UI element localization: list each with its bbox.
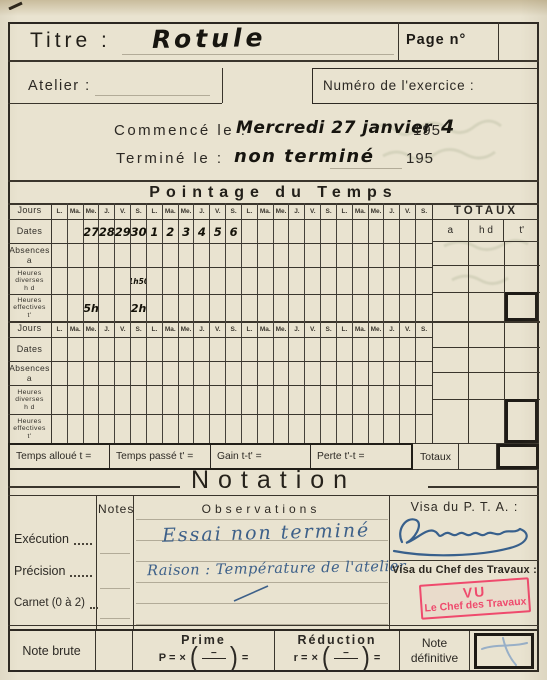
day-cell [337, 268, 353, 294]
notation-top-rule [8, 495, 539, 496]
day-cell [305, 415, 321, 443]
day-cell: L. [52, 203, 68, 219]
row-label: Heureseffectivest' [8, 415, 52, 443]
day-cell: 1 [147, 220, 163, 243]
day-cell [68, 338, 84, 361]
day-cell [258, 295, 274, 321]
day-cell [353, 295, 369, 321]
day-cell [289, 415, 305, 443]
pointage-row: Absencesa [8, 362, 432, 386]
reduction-formula: r = ×(−) = [275, 648, 399, 668]
day-cell: Me. [84, 203, 100, 219]
day-cell [242, 268, 258, 294]
day-cell: L. [242, 321, 258, 337]
day-cell [242, 415, 258, 443]
precision-row-label: Précision [14, 555, 94, 587]
day-cell: S. [416, 321, 432, 337]
day-cell [258, 338, 274, 361]
day-cell [210, 415, 226, 443]
notes-blank-line [100, 618, 130, 619]
day-cell [321, 268, 337, 294]
day-cell [131, 386, 147, 414]
pen-stroke [232, 583, 272, 603]
day-cell [242, 244, 258, 267]
day-cell [321, 338, 337, 361]
totaux-col-t: t' [503, 220, 539, 241]
day-cell [289, 386, 305, 414]
day-cell [369, 295, 385, 321]
day-cell: J. [289, 321, 305, 337]
day-cell [163, 415, 179, 443]
prime-formula: P = ×(−) = [133, 648, 274, 668]
termine-label: Terminé le : [116, 150, 224, 167]
day-cell [400, 244, 416, 267]
day-cell: S. [226, 321, 242, 337]
day-cell [84, 415, 100, 443]
day-cell: 4 [194, 220, 210, 243]
pencil-mark [477, 636, 531, 666]
day-cell [353, 244, 369, 267]
carnet-row-label: Carnet (0 à 2) [14, 587, 94, 619]
day-cell [416, 268, 432, 294]
day-cell: Ma. [163, 321, 179, 337]
row-label: Heuresdiversesh d [8, 268, 52, 294]
day-cell [258, 415, 274, 443]
day-cell [274, 295, 290, 321]
temps-alloue-cell: Temps alloué t = [10, 445, 110, 468]
day-cell [258, 362, 274, 385]
day-cell [99, 415, 115, 443]
day-cell [115, 386, 131, 414]
day-cell [384, 220, 400, 243]
day-cell [84, 338, 100, 361]
day-cell [68, 220, 84, 243]
day-cell [337, 338, 353, 361]
day-cell: S. [321, 203, 337, 219]
day-cell [131, 415, 147, 443]
day-cell [337, 386, 353, 414]
day-cell [321, 415, 337, 443]
scanned-timesheet-form: Titre : Rotule Page n° Atelier : Numéro … [0, 0, 547, 680]
day-cell [274, 338, 290, 361]
fraction-blank: − [334, 649, 358, 659]
day-cell [369, 220, 385, 243]
note-definitive-cell: Note définitive [400, 631, 470, 670]
row-label: Absencesa [8, 244, 52, 267]
day-cell [84, 268, 100, 294]
day-cell: V. [305, 203, 321, 219]
reduction-cell: Réduction r = ×(−) = [275, 631, 400, 670]
day-cell [210, 295, 226, 321]
day-cell [384, 338, 400, 361]
day-cell [131, 362, 147, 385]
day-cell [369, 362, 385, 385]
day-cell [416, 415, 432, 443]
day-cell [52, 386, 68, 414]
day-cell [99, 295, 115, 321]
totaux-grid-line [433, 347, 540, 348]
commence-year-handwritten: 4 [441, 116, 454, 138]
gain-cell: Gain t-t' = [211, 445, 311, 468]
day-cell [416, 244, 432, 267]
day-cell [337, 244, 353, 267]
termine-blank-line [330, 168, 402, 169]
day-cell [163, 386, 179, 414]
numero-exercice-box: Numéro de l'exercice : [312, 68, 539, 104]
row-label: Jours [8, 203, 52, 219]
day-cell [147, 386, 163, 414]
fraction-blank: − [202, 649, 226, 659]
day-cell [163, 295, 179, 321]
day-cell [384, 386, 400, 414]
day-cell [52, 268, 68, 294]
day-cell [337, 295, 353, 321]
ruled-line [136, 603, 388, 604]
dotted-leader [90, 607, 98, 609]
reduction-label: Réduction [275, 633, 399, 647]
day-cell [99, 268, 115, 294]
row-label: Absencesa [8, 362, 52, 385]
title-side-rule [428, 486, 539, 488]
page-number-label: Page n° [406, 32, 466, 48]
final-grade-area [470, 631, 539, 670]
day-cell [305, 362, 321, 385]
prime-cell: Prime P = ×(−) = [133, 631, 275, 670]
day-cell [274, 268, 290, 294]
day-cell: L. [147, 203, 163, 219]
day-cell [179, 386, 195, 414]
day-cell: J. [194, 203, 210, 219]
totaux-highlight-box [505, 399, 538, 443]
day-cell: Me. [179, 203, 195, 219]
day-cell [416, 338, 432, 361]
day-cell [226, 338, 242, 361]
day-cell [115, 295, 131, 321]
day-cell: 6 [226, 220, 242, 243]
day-cell [400, 295, 416, 321]
day-cell: L. [52, 321, 68, 337]
day-cell [68, 244, 84, 267]
day-cell [289, 244, 305, 267]
day-cell: J. [194, 321, 210, 337]
commence-year-printed: 195 [413, 122, 441, 139]
day-cell [416, 362, 432, 385]
row-label: Heureseffectivest' [8, 295, 52, 321]
row-label: Dates [8, 338, 52, 361]
day-cell [274, 386, 290, 414]
day-cell [242, 295, 258, 321]
day-cell [194, 268, 210, 294]
day-cell [194, 386, 210, 414]
day-cell [400, 268, 416, 294]
notation-title: Notation [8, 466, 539, 495]
day-cell [68, 362, 84, 385]
day-cell [115, 338, 131, 361]
day-cell [68, 415, 84, 443]
day-cell [289, 362, 305, 385]
day-cell [163, 362, 179, 385]
day-cell [210, 244, 226, 267]
totaux-col-a: a [433, 220, 468, 241]
day-cell [321, 220, 337, 243]
title-side-rule [8, 486, 180, 488]
day-cell: 5 [210, 220, 226, 243]
day-cell [52, 220, 68, 243]
day-cell: Ma. [353, 321, 369, 337]
pointage-row: Dates [8, 338, 432, 362]
day-cell [163, 268, 179, 294]
day-cell [353, 386, 369, 414]
day-cell [68, 268, 84, 294]
day-cell: V. [210, 203, 226, 219]
day-cell [305, 338, 321, 361]
totaux-grid-line [433, 321, 540, 323]
day-cell: Me. [369, 321, 385, 337]
day-cell [369, 244, 385, 267]
day-cell [163, 338, 179, 361]
day-cell: J. [384, 321, 400, 337]
day-cell [289, 295, 305, 321]
day-cell [52, 362, 68, 385]
pointage-row: JoursL.Ma.Me.J.V.S.L.Ma.Me.J.V.S.L.Ma.Me… [8, 321, 432, 338]
day-cell [99, 338, 115, 361]
day-cell [147, 415, 163, 443]
day-cell [179, 338, 195, 361]
day-cell: V. [400, 203, 416, 219]
note-brute-cell: Note brute [8, 631, 96, 670]
day-cell [68, 386, 84, 414]
day-cell [210, 338, 226, 361]
day-cell [115, 268, 131, 294]
day-cell: J. [99, 203, 115, 219]
day-cell: Ma. [258, 203, 274, 219]
observations-header: Observations [133, 502, 389, 516]
day-cell [400, 338, 416, 361]
double-rule [8, 625, 539, 626]
day-cell [99, 244, 115, 267]
day-cell: 30 [131, 220, 147, 243]
day-cell [84, 244, 100, 267]
day-cell [353, 220, 369, 243]
pointage-week-block-1: JoursL.Ma.Me.J.V.S.L.Ma.Me.J.V.S.L.Ma.Me… [8, 203, 432, 321]
day-cell [52, 338, 68, 361]
day-cell [353, 415, 369, 443]
termine-handwritten-value: non terminé [234, 146, 374, 167]
notes-blank-line [100, 553, 130, 554]
row-label: Dates [8, 220, 52, 243]
day-cell [305, 386, 321, 414]
day-cell: 29 [115, 220, 131, 243]
day-cell: V. [115, 203, 131, 219]
header-rule [8, 60, 539, 62]
day-cell [369, 268, 385, 294]
totaux-title: TOTAUX [433, 203, 539, 220]
day-cell [115, 244, 131, 267]
day-cell [400, 386, 416, 414]
prime-label: Prime [133, 633, 274, 647]
day-cell: V. [115, 321, 131, 337]
day-cell [131, 338, 147, 361]
day-cell [179, 295, 195, 321]
day-cell [274, 220, 290, 243]
day-cell [194, 415, 210, 443]
note-strip: Note brute Prime P = ×(−) = Réduction r … [8, 629, 539, 670]
day-cell: Me. [274, 321, 290, 337]
day-cell: S. [226, 203, 242, 219]
titre-blank-line [122, 54, 394, 55]
totaux-grid-line [433, 372, 540, 373]
day-cell [258, 220, 274, 243]
day-cell [321, 362, 337, 385]
day-cell [52, 415, 68, 443]
day-cell [416, 220, 432, 243]
pointage-title: Pointage du Temps [8, 184, 539, 202]
day-cell: S. [321, 321, 337, 337]
day-cell: 1h50 [131, 268, 147, 294]
day-cell [384, 244, 400, 267]
day-cell [305, 244, 321, 267]
atelier-rule [8, 103, 222, 104]
day-cell: Ma. [258, 321, 274, 337]
perte-cell: Perte t'-t = [311, 445, 410, 468]
day-cell [52, 295, 68, 321]
day-cell [226, 362, 242, 385]
day-cell [194, 244, 210, 267]
day-cell [274, 244, 290, 267]
day-cell: S. [131, 321, 147, 337]
day-cell: 3 [179, 220, 195, 243]
day-cell [274, 415, 290, 443]
day-cell: J. [289, 203, 305, 219]
day-cell: 2 [163, 220, 179, 243]
day-cell [179, 268, 195, 294]
day-cell [353, 362, 369, 385]
totaux-col-hd: h d [468, 220, 504, 241]
day-cell [321, 386, 337, 414]
day-cell [84, 362, 100, 385]
numero-exercice-label: Numéro de l'exercice : [323, 78, 474, 93]
titre-label: Titre : [30, 29, 111, 53]
day-cell [194, 295, 210, 321]
day-cell [416, 295, 432, 321]
day-cell: V. [305, 321, 321, 337]
day-cell: 5h [84, 295, 100, 321]
day-cell [242, 362, 258, 385]
day-cell [242, 338, 258, 361]
day-cell [84, 386, 100, 414]
day-cell [258, 268, 274, 294]
day-cell: 2h [131, 295, 147, 321]
divider [222, 68, 223, 103]
day-cell [369, 415, 385, 443]
day-cell [305, 220, 321, 243]
day-cell [115, 362, 131, 385]
day-cell: S. [131, 203, 147, 219]
visa-chef-header: Visa du Chef des Travaux : [391, 564, 538, 576]
section-rule [8, 180, 539, 182]
day-cell [353, 268, 369, 294]
empty-cell [96, 631, 133, 670]
dotted-leader [70, 575, 92, 577]
pen-mark [8, 1, 24, 10]
notes-header: Notes [98, 502, 133, 516]
day-cell [226, 386, 242, 414]
day-cell [337, 220, 353, 243]
day-cell [321, 244, 337, 267]
day-cell: L. [147, 321, 163, 337]
day-cell: 27 [84, 220, 100, 243]
termine-year-printed: 195 [406, 150, 434, 167]
commence-handwritten-value: Mercredi 27 janvier [236, 118, 432, 138]
day-cell: Me. [84, 321, 100, 337]
day-cell [400, 220, 416, 243]
day-cell [52, 244, 68, 267]
divider [498, 22, 499, 60]
notation-row-labels: Exécution Précision Carnet (0 à 2) [14, 523, 94, 619]
day-cell: Ma. [353, 203, 369, 219]
day-cell [226, 268, 242, 294]
pointage-row: Absencesa [8, 244, 432, 268]
totaux-grid-line [468, 242, 469, 443]
atelier-blank-line [95, 95, 210, 96]
pointage-row: Heureseffectivest' [8, 415, 432, 443]
day-cell [210, 362, 226, 385]
day-cell: V. [210, 321, 226, 337]
visa-divider-rule [389, 560, 539, 561]
day-cell: L. [242, 203, 258, 219]
day-cell: S. [416, 203, 432, 219]
day-cell [400, 415, 416, 443]
day-cell: Ma. [68, 203, 84, 219]
day-cell [179, 362, 195, 385]
day-cell [163, 244, 179, 267]
day-cell [210, 268, 226, 294]
day-cell: V. [400, 321, 416, 337]
temps-passe-cell: Temps passé t' = [110, 445, 211, 468]
day-cell [305, 295, 321, 321]
day-cell: Me. [274, 203, 290, 219]
day-cell [384, 268, 400, 294]
pointage-week-block-2: JoursL.Ma.Me.J.V.S.L.Ma.Me.J.V.S.L.Ma.Me… [8, 321, 432, 443]
day-cell [321, 295, 337, 321]
pointage-row: JoursL.Ma.Me.J.V.S.L.Ma.Me.J.V.S.L.Ma.Me… [8, 203, 432, 220]
day-cell: Ma. [163, 203, 179, 219]
day-cell [242, 220, 258, 243]
day-cell [147, 362, 163, 385]
day-cell [289, 220, 305, 243]
commence-label: Commencé le : [114, 122, 247, 139]
day-cell [337, 362, 353, 385]
day-cell [147, 244, 163, 267]
day-cell [179, 244, 195, 267]
day-cell: L. [337, 321, 353, 337]
day-cell: Ma. [68, 321, 84, 337]
day-cell [194, 338, 210, 361]
totaux-highlight-box [505, 292, 538, 321]
atelier-label: Atelier : [28, 78, 91, 94]
day-cell [147, 338, 163, 361]
final-grade-box [474, 633, 534, 669]
day-cell [369, 386, 385, 414]
totaux-subheader: a h d t' [433, 220, 539, 242]
day-cell [147, 295, 163, 321]
pointage-row: Heureseffectivest'5h2h [8, 295, 432, 321]
dotted-leader [74, 543, 92, 545]
day-cell [115, 415, 131, 443]
day-cell: 28 [99, 220, 115, 243]
notes-blank-line [100, 588, 130, 589]
day-cell [353, 338, 369, 361]
